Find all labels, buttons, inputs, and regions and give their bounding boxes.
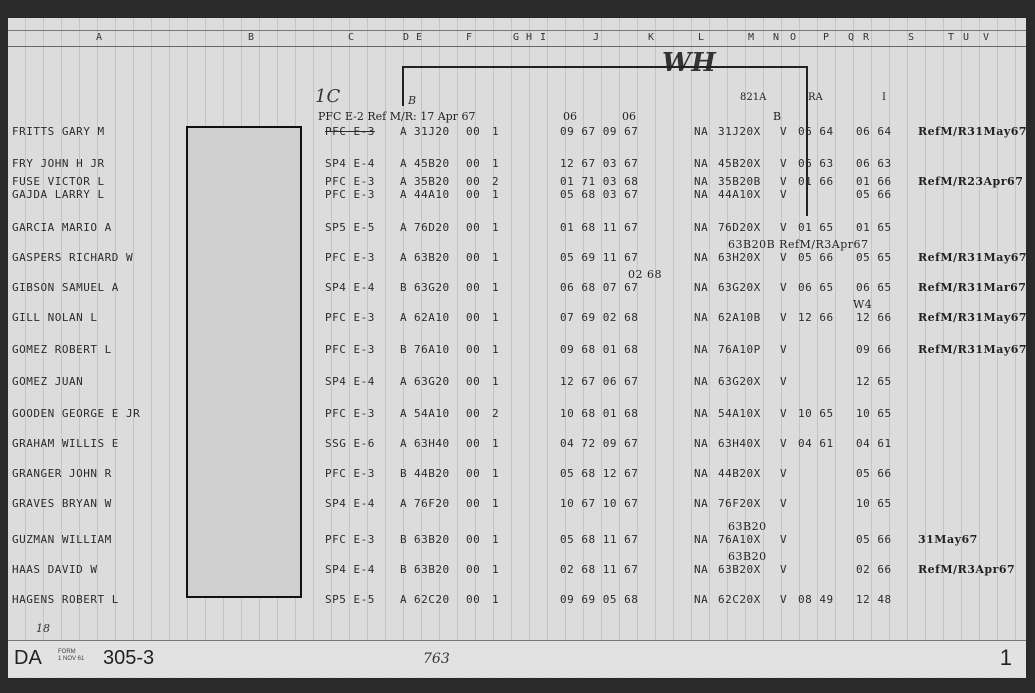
cell-p: 12 66	[798, 311, 834, 324]
cell-mos2: 63G20X	[718, 375, 761, 388]
cell-name: GRANGER JOHN R	[12, 467, 112, 480]
cell-above-note: 63B20B RefM/R3Apr67	[728, 238, 869, 251]
cell-name: FRY JOHN H JR	[12, 157, 105, 170]
column-header-d: D	[403, 32, 409, 43]
page-number: 1	[1000, 645, 1012, 671]
cell-v: V	[780, 281, 787, 294]
cell-grade: PFC E-3	[325, 533, 375, 546]
cell-g: 1	[492, 311, 499, 324]
handwritten-763: 763	[423, 651, 450, 667]
cell-mos2: 76F20X	[718, 497, 761, 510]
column-header-p: P	[823, 32, 829, 43]
cell-name: GILL NOLAN L	[12, 311, 97, 324]
table-row: GARCIA MARIO ASP5 E-5A76D2000101 68 11 6…	[8, 218, 1026, 238]
cell-grade: PFC E-3	[325, 125, 375, 138]
cell-v: V	[780, 533, 787, 546]
bracket-line-top	[404, 66, 808, 68]
handwritten-1c: 1C	[315, 86, 340, 107]
cell-grade: SP4 E-4	[325, 157, 375, 170]
cell-grade: PFC E-3	[325, 188, 375, 201]
cell-na: NA	[694, 311, 708, 324]
cell-p: 05 66	[798, 251, 834, 264]
cell-g: 1	[492, 157, 499, 170]
cell-c: A	[400, 251, 407, 264]
cell-mos: 54A10	[414, 407, 450, 420]
cell-g: 1	[492, 221, 499, 234]
cell-c: A	[400, 221, 407, 234]
cell-grade: SSG E-6	[325, 437, 375, 450]
cell-v: V	[780, 311, 787, 324]
cell-dates: 05 68 12 67	[560, 467, 638, 480]
cell-f: 00	[466, 251, 480, 264]
column-header-a: A	[96, 32, 102, 43]
column-header-u: U	[963, 32, 969, 43]
cell-mos2: 76A10X	[718, 533, 761, 546]
cell-v: V	[780, 251, 787, 264]
cell-dates: 05 69 11 67	[560, 251, 638, 264]
form-number: 305-3	[103, 647, 154, 670]
cell-dates: 05 68 03 67	[560, 188, 638, 201]
table-row: FRITTS GARY MPFC E-3A31J2000109 67 09 67…	[8, 122, 1026, 142]
cell-grade: SP5 E-5	[325, 221, 375, 234]
cell-f: 00	[466, 221, 480, 234]
cell-grade: SP4 E-4	[325, 375, 375, 388]
cell-mos: 63B20	[414, 533, 450, 546]
cell-r: 04 61	[856, 437, 892, 450]
cell-c: A	[400, 497, 407, 510]
cell-na: NA	[694, 437, 708, 450]
cell-p: 06 64	[798, 125, 834, 138]
cell-mos2: 45B20X	[718, 157, 761, 170]
column-header-r: R	[863, 32, 869, 43]
cell-mos: 63G20	[414, 375, 450, 388]
cell-mos2: 63G20X	[718, 281, 761, 294]
cell-na: NA	[694, 497, 708, 510]
col-k-note: 06	[622, 110, 636, 123]
column-header-v: V	[983, 32, 989, 43]
cell-name: GRAHAM WILLIS E	[12, 437, 119, 450]
cell-grade: PFC E-3	[325, 343, 375, 356]
cell-na: NA	[694, 593, 708, 606]
column-header-k: K	[648, 32, 654, 43]
form-small-1: FORM	[58, 649, 76, 655]
cell-f: 00	[466, 343, 480, 356]
cell-g: 1	[492, 533, 499, 546]
cell-p: 06 65	[798, 281, 834, 294]
form-footer: DA FORM1 NOV 61 305-3 763 1	[8, 640, 1026, 677]
column-header-e: E	[416, 32, 422, 43]
cell-na: NA	[694, 467, 708, 480]
cell-v: V	[780, 125, 787, 138]
cell-mos2: 44A10X	[718, 188, 761, 201]
roster-sheet: ABCDEFGHIJKLMNOPQRSTUV FRITTS GARY MPFC …	[8, 18, 1026, 678]
table-row: GASPERS RICHARD WPFC E-3A63B2000105 69 1…	[8, 248, 1026, 268]
col-m-note: B	[773, 110, 781, 123]
cell-name: GIBSON SAMUEL A	[12, 281, 119, 294]
cell-name: HAAS DAVID W	[12, 563, 97, 576]
cell-f: 00	[466, 281, 480, 294]
cell-c: A	[400, 125, 407, 138]
table-row: GUZMAN WILLIAMPFC E-3B63B2000105 68 11 6…	[8, 530, 1026, 550]
table-row: GOMEZ JUANSP4 E-4A63G2000112 67 06 67NA6…	[8, 372, 1026, 392]
cell-v: V	[780, 343, 787, 356]
cell-mos2: 31J20X	[718, 125, 761, 138]
cell-na: NA	[694, 407, 708, 420]
cell-mos2: 63H40X	[718, 437, 761, 450]
cell-dates: 09 67 09 67	[560, 125, 638, 138]
table-row: GOODEN GEORGE E JRPFC E-3A54A1000210 68 …	[8, 404, 1026, 424]
cell-g: 2	[492, 407, 499, 420]
cell-na: NA	[694, 188, 708, 201]
cell-c: B	[400, 533, 407, 546]
column-header-n: N	[773, 32, 779, 43]
cell-r: 09 66	[856, 343, 892, 356]
cell-na: NA	[694, 251, 708, 264]
cell-mos2: 54A10X	[718, 407, 761, 420]
cell-g: 1	[492, 251, 499, 264]
cell-remark: RefM/R31May67	[918, 343, 1027, 356]
cell-name: GRAVES BRYAN W	[12, 497, 112, 510]
cell-dates: 01 68 11 67	[560, 221, 638, 234]
cell-grade: PFC E-3	[325, 251, 375, 264]
column-header-h: H	[526, 32, 532, 43]
cell-mos: 45B20	[414, 157, 450, 170]
cell-v: V	[780, 221, 787, 234]
cell-g: 1	[492, 343, 499, 356]
cell-f: 00	[466, 125, 480, 138]
cell-name: GOODEN GEORGE E JR	[12, 407, 140, 420]
cell-p: 06 63	[798, 157, 834, 170]
cell-f: 00	[466, 437, 480, 450]
cell-v: V	[780, 157, 787, 170]
cell-c: A	[400, 437, 407, 450]
cell-mos: 62A10	[414, 311, 450, 324]
cell-dates: 10 68 01 68	[560, 407, 638, 420]
bracket-line-left	[402, 66, 404, 106]
cell-mos2: 62C20X	[718, 593, 761, 606]
cell-name: GUZMAN WILLIAM	[12, 533, 112, 546]
cell-na: NA	[694, 221, 708, 234]
cell-v: V	[780, 407, 787, 420]
cell-na: NA	[694, 157, 708, 170]
table-row: GRAHAM WILLIS ESSG E-6A63H4000104 72 09 …	[8, 434, 1026, 454]
cell-f: 00	[466, 497, 480, 510]
cell-v: V	[780, 375, 787, 388]
column-header-t: T	[948, 32, 954, 43]
cell-na: NA	[694, 533, 708, 546]
cell-mos: 76F20	[414, 497, 450, 510]
col-r-header: I	[882, 92, 886, 103]
cell-mos: 44A10	[414, 188, 450, 201]
cell-g: 1	[492, 281, 499, 294]
column-header-o: O	[790, 32, 796, 43]
table-row: GAJDA LARRY LPFC E-3A44A1000105 68 03 67…	[8, 185, 1026, 205]
cell-grade: PFC E-3	[325, 311, 375, 324]
column-header-q: Q	[848, 32, 854, 43]
column-header-i: I	[540, 32, 546, 43]
cell-p: 04 61	[798, 437, 834, 450]
cell-dates: 09 69 05 68	[560, 593, 638, 606]
col-m-header: 821A	[740, 92, 766, 103]
cell-dates: 12 67 06 67	[560, 375, 638, 388]
cell-mos: 63G20	[414, 281, 450, 294]
cell-grade: SP4 E-4	[325, 281, 375, 294]
column-header-j: J	[593, 32, 599, 43]
handwritten-18: 18	[36, 622, 50, 635]
cell-r: 05 65	[856, 251, 892, 264]
cell-r: 12 66	[856, 311, 892, 324]
cell-mos: 76A10	[414, 343, 450, 356]
cell-g: 1	[492, 497, 499, 510]
col-j-note: 06	[563, 110, 577, 123]
cell-g: 1	[492, 467, 499, 480]
cell-p: 08 49	[798, 593, 834, 606]
cell-f: 00	[466, 407, 480, 420]
cell-f: 00	[466, 563, 480, 576]
cell-mos: 63B20	[414, 563, 450, 576]
cell-f: 00	[466, 533, 480, 546]
cell-r: 06 63	[856, 157, 892, 170]
col-o-header: RA	[808, 92, 823, 103]
column-header-s: S	[908, 32, 914, 43]
cell-c: B	[400, 343, 407, 356]
column-header-b: B	[248, 32, 254, 43]
table-row: GRAVES BRYAN WSP4 E-4A76F2000110 67 10 6…	[8, 494, 1026, 514]
cell-c: A	[400, 375, 407, 388]
redaction-box	[186, 126, 302, 598]
cell-v: V	[780, 593, 787, 606]
cell-above-note: 63B20	[728, 520, 767, 533]
cell-remark: RefM/R31May67	[918, 251, 1027, 264]
cell-f: 00	[466, 593, 480, 606]
cell-c: A	[400, 157, 407, 170]
cell-mos2: 62A10B	[718, 311, 761, 324]
cell-g: 1	[492, 563, 499, 576]
cell-c: B	[400, 281, 407, 294]
cell-name: GOMEZ ROBERT L	[12, 343, 112, 356]
cell-r: 01 65	[856, 221, 892, 234]
cell-mos: 44B20	[414, 467, 450, 480]
cell-dates: 02 68 11 67	[560, 563, 638, 576]
table-row: GILL NOLAN LPFC E-3A62A1000107 69 02 68N…	[8, 308, 1026, 328]
cell-p: 10 65	[798, 407, 834, 420]
cell-dates: 05 68 11 67	[560, 533, 638, 546]
cell-mos: 62C20	[414, 593, 450, 606]
cell-mos: 31J20	[414, 125, 450, 138]
cell-name: GARCIA MARIO A	[12, 221, 112, 234]
cell-name: FRITTS GARY M	[12, 125, 105, 138]
cell-na: NA	[694, 281, 708, 294]
cell-mos: 63B20	[414, 251, 450, 264]
cell-name: GOMEZ JUAN	[12, 375, 83, 388]
header-note: PFC E-2 Ref M/R: 17 Apr 67	[318, 110, 475, 123]
table-row: HAAS DAVID WSP4 E-4B63B2000102 68 11 67N…	[8, 560, 1026, 580]
cell-r: 05 66	[856, 467, 892, 480]
cell-g: 1	[492, 593, 499, 606]
cell-grade: SP5 E-5	[325, 593, 375, 606]
cell-name: GAJDA LARRY L	[12, 188, 105, 201]
table-row: FRY JOHN H JRSP4 E-4A45B2000112 67 03 67…	[8, 154, 1026, 174]
column-header-row: ABCDEFGHIJKLMNOPQRSTUV	[8, 30, 1026, 47]
cell-c: A	[400, 407, 407, 420]
column-header-c: C	[348, 32, 354, 43]
cell-g: 1	[492, 125, 499, 138]
cell-c: A	[400, 593, 407, 606]
column-header-f: F	[466, 32, 472, 43]
cell-name: GASPERS RICHARD W	[12, 251, 133, 264]
cell-grade: SP4 E-4	[325, 497, 375, 510]
cell-dates: 10 67 10 67	[560, 497, 638, 510]
cell-c: A	[400, 188, 407, 201]
form-prefix: DA	[14, 647, 42, 670]
cell-na: NA	[694, 563, 708, 576]
cell-above-note: 02 68	[628, 268, 662, 281]
cell-v: V	[780, 563, 787, 576]
cell-remark: RefM/R31Mar67	[918, 281, 1026, 294]
cell-f: 00	[466, 375, 480, 388]
cell-f: 00	[466, 311, 480, 324]
cell-na: NA	[694, 125, 708, 138]
table-row: HAGENS ROBERT LSP5 E-5A62C2000109 69 05 …	[8, 590, 1026, 610]
cell-r: 06 65	[856, 281, 892, 294]
table-row: GOMEZ ROBERT LPFC E-3B76A1000109 68 01 6…	[8, 340, 1026, 360]
bracket-line-right	[806, 66, 808, 216]
cell-remark: RefM/R3Apr67	[918, 563, 1015, 576]
cell-p: 01 65	[798, 221, 834, 234]
column-header-g: G	[513, 32, 519, 43]
cell-v: V	[780, 497, 787, 510]
bracket-label-b: B	[408, 94, 416, 107]
cell-c: B	[400, 563, 407, 576]
cell-dates: 06 68 07 67	[560, 281, 638, 294]
cell-g: 1	[492, 188, 499, 201]
cell-mos2: 63B20X	[718, 563, 761, 576]
cell-grade: SP4 E-4	[325, 563, 375, 576]
cell-f: 00	[466, 188, 480, 201]
cell-r: 12 48	[856, 593, 892, 606]
cell-v: V	[780, 188, 787, 201]
cell-na: NA	[694, 343, 708, 356]
cell-name: HAGENS ROBERT L	[12, 593, 119, 606]
cell-r: 10 65	[856, 407, 892, 420]
cell-r: 05 66	[856, 533, 892, 546]
cell-r: 06 64	[856, 125, 892, 138]
cell-dates: 09 68 01 68	[560, 343, 638, 356]
column-header-l: L	[698, 32, 704, 43]
cell-above-note: W4	[853, 298, 872, 311]
cell-v: V	[780, 467, 787, 480]
cell-remark: RefM/R31May67	[918, 311, 1027, 324]
cell-r: 10 65	[856, 497, 892, 510]
cell-c: A	[400, 311, 407, 324]
cell-dates: 12 67 03 67	[560, 157, 638, 170]
table-row: GRANGER JOHN RPFC E-3B44B2000105 68 12 6…	[8, 464, 1026, 484]
table-row: GIBSON SAMUEL ASP4 E-4B63G2000106 68 07 …	[8, 278, 1026, 298]
cell-na: NA	[694, 375, 708, 388]
cell-mos2: 76A10P	[718, 343, 761, 356]
cell-r: 12 65	[856, 375, 892, 388]
cell-mos2: 63H20X	[718, 251, 761, 264]
column-header-m: M	[748, 32, 754, 43]
cell-dates: 07 69 02 68	[560, 311, 638, 324]
form-small-2: 1 NOV 61	[58, 656, 84, 662]
cell-remark: RefM/R31May67	[918, 125, 1027, 138]
cell-above-note: 63B20	[728, 550, 767, 563]
cell-grade: PFC E-3	[325, 407, 375, 420]
cell-g: 1	[492, 375, 499, 388]
cell-v: V	[780, 437, 787, 450]
cell-dates: 04 72 09 67	[560, 437, 638, 450]
initials-wh: WH	[662, 48, 716, 78]
cell-mos: 76D20	[414, 221, 450, 234]
cell-remark: 31May67	[918, 533, 978, 546]
cell-mos2: 76D20X	[718, 221, 761, 234]
cell-f: 00	[466, 467, 480, 480]
cell-mos: 63H40	[414, 437, 450, 450]
cell-g: 1	[492, 437, 499, 450]
cell-r: 05 66	[856, 188, 892, 201]
cell-r: 02 66	[856, 563, 892, 576]
form-small-label: FORM1 NOV 61	[58, 649, 84, 663]
cell-f: 00	[466, 157, 480, 170]
cell-grade: PFC E-3	[325, 467, 375, 480]
cell-mos2: 44B20X	[718, 467, 761, 480]
cell-c: B	[400, 467, 407, 480]
